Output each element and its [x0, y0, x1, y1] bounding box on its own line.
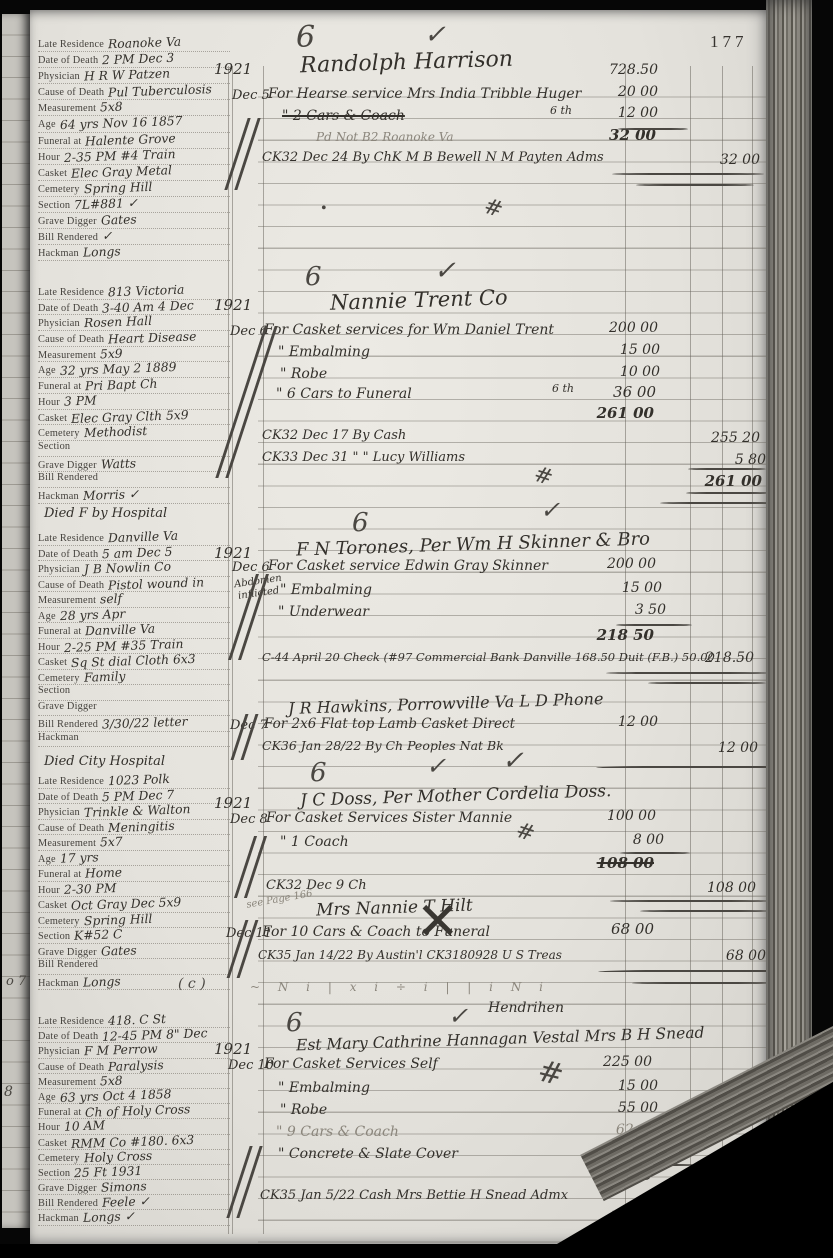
entry-desc: " 9 Cars & Coach: [276, 1124, 399, 1140]
field-row: Bill Rendered✓: [38, 229, 230, 245]
payment-amount: 12 00: [692, 740, 758, 756]
field-value: 1023 Polk: [108, 772, 170, 788]
field-row: CemeterySpring Hill: [38, 913, 230, 929]
field-value: 10 AM: [64, 1119, 105, 1134]
field-label: Age: [38, 611, 56, 622]
entry-desc: " 6 Cars to Funeral: [276, 386, 412, 402]
field-row: PhysicianF M Perrow: [38, 1043, 230, 1058]
field-value: Methodist: [83, 424, 147, 440]
field-row: Hackman: [38, 732, 230, 748]
field-row: CasketElec Gray Clth 5x9: [38, 410, 230, 426]
payment-desc: C-44 April 20 Check (#97 Commercial Bank…: [262, 650, 715, 664]
payment-desc: CK32 Dec 24 By ChK M B Bewell N M Payten…: [262, 150, 604, 165]
field-value: Danville Va: [108, 529, 179, 545]
entry-desc: For Hearse service Mrs India Tribble Hug…: [268, 86, 581, 102]
total-amount: 108 00: [596, 854, 654, 872]
field-value: Ch of Holy Cross: [85, 1102, 191, 1120]
payment-desc: CK32 Dec 9 Ch: [266, 878, 367, 893]
field-row: Hour2-25 PM #35 Train: [38, 639, 230, 655]
field-value: self: [100, 592, 123, 607]
field-value: 2-35 PM #4 Train: [64, 147, 176, 165]
entry-desc: " Robe: [280, 1102, 327, 1118]
check-mark: ✓: [426, 752, 446, 780]
entry-desc: " 1 Coach: [280, 834, 349, 850]
field-label: Date of Death: [38, 792, 98, 803]
field-row: Measurement5x7: [38, 835, 230, 851]
field-value: 64 yrs Nov 16 1857: [60, 114, 183, 132]
field-label: Hackman: [38, 978, 79, 989]
pen-underline: [632, 982, 772, 984]
field-row: Date of Death5 PM Dec 7: [38, 789, 230, 805]
field-value: Heart Disease: [108, 330, 197, 347]
field-row: Cause of DeathPul Tuberculosis: [38, 84, 230, 100]
pen-underline: [610, 900, 770, 902]
field-row: PhysicianJ B Nowlin Co: [38, 561, 230, 577]
field-label: Hour: [38, 152, 60, 163]
pen-underline: [618, 128, 688, 130]
field-row: Section7L#881 ✓: [38, 197, 230, 213]
field-value: 2-30 PM: [64, 881, 117, 897]
entry-desc: " 2 Cars & Coach: [282, 108, 405, 124]
field-label: Casket: [38, 900, 67, 911]
field-label: Casket: [38, 413, 67, 424]
field-label: Hackman: [38, 248, 79, 259]
entry-year: 1921: [214, 60, 252, 78]
field-value: Longs ✓: [83, 1210, 135, 1226]
total-amount: 218 50: [596, 626, 654, 644]
entry-note: Pd Not B2 Roanoke Va: [316, 130, 453, 144]
field-label: Funeral at: [38, 869, 81, 880]
pen-underline: [616, 624, 692, 626]
entry-desc: For Casket Services Self: [264, 1056, 438, 1072]
field-row: Hour2-35 PM #4 Train: [38, 149, 230, 165]
field-value: Danville Va: [85, 622, 156, 638]
entry-date: Dec 8: [230, 812, 268, 827]
entry-desc: " Embalming: [278, 344, 370, 360]
entry-desc: For Casket service Edwin Gray Skinner: [268, 558, 548, 574]
field-row: Grave DiggerGates: [38, 213, 230, 229]
field-label: Date of Death: [38, 55, 98, 66]
pen-underline: [606, 672, 770, 674]
check-mark: ✓: [434, 256, 456, 286]
entry-amount: 225 00: [594, 1054, 652, 1070]
field-label: Physician: [38, 71, 80, 82]
field-value: Gates: [101, 943, 137, 958]
field-row: Age17 yrs: [38, 851, 230, 867]
field-row: Cause of DeathMeningitis: [38, 820, 230, 836]
pen-slashes: [244, 836, 263, 903]
field-value: 5x9: [100, 346, 123, 361]
field-row: Funeral atPri Bapt Ch: [38, 378, 230, 394]
pen-flourish: 6: [305, 262, 322, 292]
pen-flourish: 6: [310, 758, 327, 788]
entry-desc: " Concrete & Slate Cover: [278, 1146, 458, 1162]
record-3-fields: Late ResidenceDanville Va Date of Death5…: [38, 530, 230, 747]
field-label: Cemetery: [38, 673, 80, 684]
entry-desc: " Embalming: [280, 582, 372, 598]
field-label: Hackman: [38, 491, 79, 502]
field-value: Spring Hill: [83, 180, 152, 196]
field-row: Section25 Ft 1931: [38, 1165, 230, 1180]
field-value: Meningitis: [108, 818, 175, 834]
entry-desc: For Casket services for Wm Daniel Trent: [264, 322, 554, 338]
field-label: Casket: [38, 168, 67, 179]
payment-desc: CK35 Jan 14/22 By Austin'l CK3180928 U S…: [258, 948, 562, 962]
pencil-scribble: o 7: [6, 974, 26, 989]
field-row: CasketElec Gray Metal: [38, 165, 230, 181]
balance-amount: 728.50: [600, 62, 658, 78]
field-row: Bill Rendered: [38, 959, 230, 975]
field-label: Bill Rendered: [38, 719, 98, 730]
field-row: CemeteryFamily: [38, 670, 230, 686]
entry-amount: 15 00: [602, 342, 660, 358]
field-row: Section: [38, 685, 230, 701]
field-value: K#52 C: [74, 927, 123, 943]
entry-amount: 15 00: [604, 580, 662, 596]
field-label: Date of Death: [38, 303, 98, 314]
total-amount: 261 00: [596, 404, 654, 422]
field-row: Date of Death2 PM Dec 3: [38, 52, 230, 68]
record-note: Died City Hospital: [44, 754, 165, 769]
field-value: J B Nowlin Co: [84, 559, 171, 576]
pen-flourish: 6: [296, 20, 315, 55]
entry-amount: 100 00: [598, 808, 656, 824]
field-row: Date of Death12-45 PM 8" Dec: [38, 1028, 230, 1043]
field-value: Watts: [101, 456, 137, 471]
entry-tag: 6 th: [550, 104, 572, 117]
field-row: PhysicianTrinkle & Walton: [38, 804, 230, 820]
pen-slashes: [238, 1146, 257, 1223]
field-value: 813 Victoria: [108, 283, 185, 300]
check-mark: ✓: [424, 20, 446, 50]
field-value: Simons: [101, 1179, 147, 1195]
field-label: Physician: [38, 564, 80, 575]
entry-amount: 55 00: [600, 1100, 658, 1116]
pen-underline: [620, 852, 690, 854]
field-label: Physician: [38, 1046, 80, 1057]
field-row: CemeteryMethodist: [38, 425, 230, 441]
field-row: Late Residence813 Victoria: [38, 284, 230, 300]
entry-amount: 200 00: [600, 320, 658, 336]
field-label: Age: [38, 119, 56, 130]
field-value: 3-40 Am 4 Dec: [102, 298, 194, 315]
check-mark: ✓: [540, 496, 560, 524]
field-row: Funeral atCh of Holy Cross: [38, 1104, 230, 1119]
field-value: Sq St dial Cloth 6x3: [71, 652, 196, 670]
field-label: Funeral at: [38, 381, 81, 392]
field-value: 3 PM: [64, 393, 97, 408]
entry-desc: For Casket Services Sister Mannie: [266, 810, 512, 826]
field-value: 32 yrs May 2 1889: [60, 360, 177, 378]
field-label: Casket: [38, 657, 67, 668]
entry-amount: 12 00: [600, 105, 658, 121]
pen-slashes: [238, 714, 257, 765]
field-label: Hour: [38, 397, 60, 408]
field-label: Physician: [38, 807, 80, 818]
field-row: CasketRMM Co #180. 6x3: [38, 1135, 230, 1150]
record-note: Hendrihen: [488, 1000, 564, 1016]
field-value: Rosen Hall: [84, 314, 152, 330]
field-label: Date of Death: [38, 549, 98, 560]
field-value: Elec Gray Clth 5x9: [71, 407, 189, 425]
field-label: Grave Digger: [38, 1183, 97, 1194]
field-value: Spring Hill: [83, 911, 152, 927]
pen-underline: [598, 970, 778, 972]
field-label: Measurement: [38, 103, 96, 114]
field-label: Bill Rendered: [38, 472, 98, 483]
field-row: Measurementself: [38, 592, 230, 608]
field-value: Morris ✓: [83, 487, 140, 503]
field-label: Bill Rendered: [38, 1198, 98, 1209]
field-label: Cemetery: [38, 428, 80, 439]
field-value: Roanoke Va: [108, 35, 181, 52]
field-row: Hour10 AM: [38, 1119, 230, 1134]
field-row: Age64 yrs Nov 16 1857: [38, 116, 230, 132]
field-value: Pri Bapt Ch: [85, 377, 158, 394]
field-row: Hour2-30 PM: [38, 882, 230, 898]
field-row: Funeral atHome: [38, 866, 230, 882]
entry-amount: 20 00: [600, 84, 658, 100]
field-row: Late Residence1023 Polk: [38, 773, 230, 789]
field-row: Bill Rendered: [38, 472, 230, 488]
payment-amount: 108 00: [690, 880, 756, 896]
pen-slashes: [236, 920, 255, 983]
field-label: Grave Digger: [38, 460, 97, 471]
field-label: Cause of Death: [38, 823, 104, 834]
field-row: Measurement5x9: [38, 347, 230, 363]
field-row: Date of Death3-40 Am 4 Dec: [38, 300, 230, 316]
book-fore-edge: [766, 0, 812, 1160]
pen-flourish: 6: [286, 1008, 303, 1038]
field-label: Measurement: [38, 595, 96, 606]
field-row: HackmanLongs: [38, 245, 230, 261]
field-row: Age63 yrs Oct 4 1858: [38, 1089, 230, 1104]
field-row: Late ResidenceDanville Va: [38, 530, 230, 546]
pen-underline: [660, 502, 780, 504]
check-mark: ✓: [502, 746, 524, 776]
field-value: Longs: [83, 974, 121, 989]
payment-amount: 68 00: [700, 948, 766, 964]
entry-year: 1921: [214, 296, 252, 314]
field-row: Date of Death5 am Dec 5: [38, 546, 230, 562]
field-row: PhysicianRosen Hall: [38, 315, 230, 331]
pen-flourish: 6: [352, 508, 369, 538]
field-value: Family: [83, 669, 125, 684]
field-label: Late Residence: [38, 776, 104, 787]
field-label: Age: [38, 854, 56, 865]
pencil-scribble: 8: [4, 1084, 13, 1100]
pen-underline: [612, 173, 764, 175]
field-value: 5x8: [100, 1073, 123, 1088]
field-label: Late Residence: [38, 39, 104, 50]
field-value: 28 yrs Apr: [60, 606, 126, 622]
entry-desc: For 2x6 Flat top Lamb Casket Direct: [264, 716, 515, 732]
entry-amount: 8 00: [606, 832, 664, 848]
field-label: Funeral at: [38, 1107, 81, 1118]
ink-dot: •: [321, 200, 327, 218]
field-label: Cemetery: [38, 1153, 80, 1164]
entry-desc: " Underwear: [278, 604, 369, 620]
field-row: Grave Digger: [38, 701, 230, 717]
field-value: Pistol wound in: [108, 575, 205, 592]
entry-amount: 68 00: [596, 920, 654, 938]
payment-desc: CK33 Dec 31 " " Lucy Williams: [262, 450, 465, 465]
field-value: Holy Cross: [83, 1149, 152, 1165]
record-4-fields: Late Residence1023 Polk Date of Death5 P…: [38, 773, 230, 990]
pen-underline: [596, 766, 771, 768]
entry-amount: 10 00: [602, 364, 660, 380]
previous-page-edge: [2, 14, 30, 1228]
ledger-page-photo: 177 Late ResidenceRoanoke Va Date of Dea…: [0, 0, 833, 1258]
field-row: Grave DiggerGates: [38, 944, 230, 960]
field-label: Cemetery: [38, 184, 80, 195]
field-label: Grave Digger: [38, 947, 97, 958]
field-value: 5x8: [100, 100, 123, 115]
field-row: CemeterySpring Hill: [38, 181, 230, 197]
field-value: Trinkle & Walton: [84, 802, 191, 820]
field-label: Physician: [38, 318, 80, 329]
entry-year: 1921: [214, 1040, 252, 1058]
field-value: 7L#881 ✓: [74, 196, 138, 212]
field-row: SectionK#52 C: [38, 928, 230, 944]
field-value: H R W Patzen: [84, 67, 170, 84]
field-value: Home: [85, 865, 123, 880]
entry-date: Dec 6: [232, 560, 270, 575]
field-row: Grave DiggerSimons: [38, 1180, 230, 1195]
record-2-fields: Late Residence813 Victoria Date of Death…: [38, 284, 230, 504]
record-note: Died F by Hospital: [44, 506, 167, 521]
field-row: Measurement5x8: [38, 100, 230, 116]
field-label: Measurement: [38, 838, 96, 849]
field-row: Cause of DeathHeart Disease: [38, 331, 230, 347]
field-label: Hour: [38, 642, 60, 653]
field-value: F M Perrow: [84, 1042, 158, 1059]
field-value: 5x7: [100, 835, 123, 850]
field-row: Funeral atHalente Grove: [38, 133, 230, 149]
entry-year: 1921: [214, 794, 252, 812]
field-value: 3/30/22 letter: [102, 715, 188, 732]
field-value: 2 PM Dec 3: [102, 51, 175, 68]
field-label: Cause of Death: [38, 1062, 104, 1073]
pen-underline: [686, 492, 770, 494]
entry-amount: 200 00: [598, 556, 656, 572]
field-label: Grave Digger: [38, 701, 97, 712]
field-label: Hour: [38, 1122, 60, 1133]
field-label: Bill Rendered: [38, 232, 98, 243]
check-mark: ✓: [448, 1002, 468, 1030]
payment-amount: 5 80: [700, 452, 766, 468]
pen-underline: [636, 184, 754, 186]
field-row: CemeteryHoly Cross: [38, 1150, 230, 1165]
field-row: CasketOct Gray Dec 5x9: [38, 897, 230, 913]
field-value: RMM Co #180. 6x3: [71, 1132, 195, 1150]
field-row: Late ResidenceRoanoke Va: [38, 36, 230, 52]
pen-underline: [688, 468, 766, 470]
field-value: 5 PM Dec 7: [102, 787, 175, 804]
field-label: Section: [38, 200, 70, 211]
field-label: Hackman: [38, 1213, 79, 1224]
field-row: CasketSq St dial Cloth 6x3: [38, 654, 230, 670]
payment-amount: 32 00: [694, 152, 760, 168]
field-label: Section: [38, 931, 70, 942]
field-label: Casket: [38, 1138, 67, 1149]
field-label: Hackman: [38, 732, 79, 743]
payment-amount: 255 20: [694, 430, 760, 446]
payment-desc: CK32 Dec 17 By Cash: [262, 428, 406, 443]
field-label: Date of Death: [38, 1031, 98, 1042]
field-label: Grave Digger: [38, 216, 97, 227]
pen-underline: [648, 682, 766, 684]
field-label: Measurement: [38, 1077, 96, 1088]
field-value: 5 am Dec 5: [102, 544, 173, 560]
field-label: Cemetery: [38, 916, 80, 927]
field-row: HackmanLongs ✓: [38, 1210, 230, 1225]
field-row: Funeral atDanville Va: [38, 623, 230, 639]
field-value: 17 yrs: [60, 850, 99, 865]
field-label: Cause of Death: [38, 87, 104, 98]
field-row: HackmanMorris ✓: [38, 488, 230, 504]
field-label: Cause of Death: [38, 334, 104, 345]
bottom-shadow: [0, 1244, 833, 1258]
pen-slashes: [236, 118, 255, 195]
field-row: Section: [38, 441, 230, 457]
payment-amount: 218.50: [688, 650, 754, 666]
field-row: Bill Rendered3/30/22 letter: [38, 716, 230, 732]
pencil-scribble: ( c ): [178, 976, 206, 992]
field-label: Funeral at: [38, 626, 81, 637]
field-row: Cause of DeathParalysis: [38, 1059, 230, 1074]
record-1-fields: Late ResidenceRoanoke Va Date of Death2 …: [38, 36, 230, 261]
cross-out-mark: ✕: [416, 892, 460, 952]
pencil-scribbles: ~ N i | x i ÷ i | | i N i: [250, 980, 550, 994]
field-value: 63 yrs Oct 4 1858: [60, 1087, 172, 1105]
entry-desc: " Embalming: [278, 1080, 370, 1096]
page-bottom-total: 1835 00: [618, 1212, 680, 1230]
field-value: Longs: [83, 245, 121, 260]
field-label: Section: [38, 441, 70, 452]
field-value: Paralysis: [108, 1058, 164, 1074]
field-row: Age32 yrs May 2 1889: [38, 362, 230, 378]
field-value: Feele ✓: [102, 1194, 150, 1210]
record-5-fields: Late Residence418. C St Date of Death12-…: [38, 1013, 230, 1226]
field-value: 25 Ft 1931: [74, 1164, 143, 1180]
field-label: Funeral at: [38, 136, 81, 147]
field-row: Measurement5x8: [38, 1074, 230, 1089]
field-value: Gates: [101, 212, 137, 227]
field-value: Pul Tuberculosis: [108, 82, 212, 100]
field-label: Age: [38, 1092, 56, 1103]
pen-slashes: [240, 326, 259, 483]
payment-desc: CK36 Jan 28/22 By Ch Peoples Nat Bk: [262, 738, 504, 753]
entry-desc: " Robe: [280, 366, 327, 382]
field-value: Halente Grove: [85, 131, 176, 148]
field-label: Hour: [38, 885, 60, 896]
field-row: Age28 yrs Apr: [38, 608, 230, 624]
field-value: ✓: [102, 229, 113, 243]
field-label: Measurement: [38, 350, 96, 361]
payment-desc: CK35 Jan 5/22 Cash Mrs Bettie H Snead Ad…: [260, 1188, 568, 1203]
field-row: Grave DiggerWatts: [38, 457, 230, 473]
field-label: Bill Rendered: [38, 959, 98, 970]
entry-amount: 36 00: [598, 383, 656, 401]
pen-underline: [640, 910, 770, 912]
field-label: Late Residence: [38, 1016, 104, 1027]
entry-date: Dec 5: [232, 88, 270, 103]
field-value: Elec Gray Metal: [71, 163, 172, 181]
entry-amount: 12 00: [600, 714, 658, 730]
field-label: Age: [38, 365, 56, 376]
page-number: 177: [710, 32, 748, 52]
